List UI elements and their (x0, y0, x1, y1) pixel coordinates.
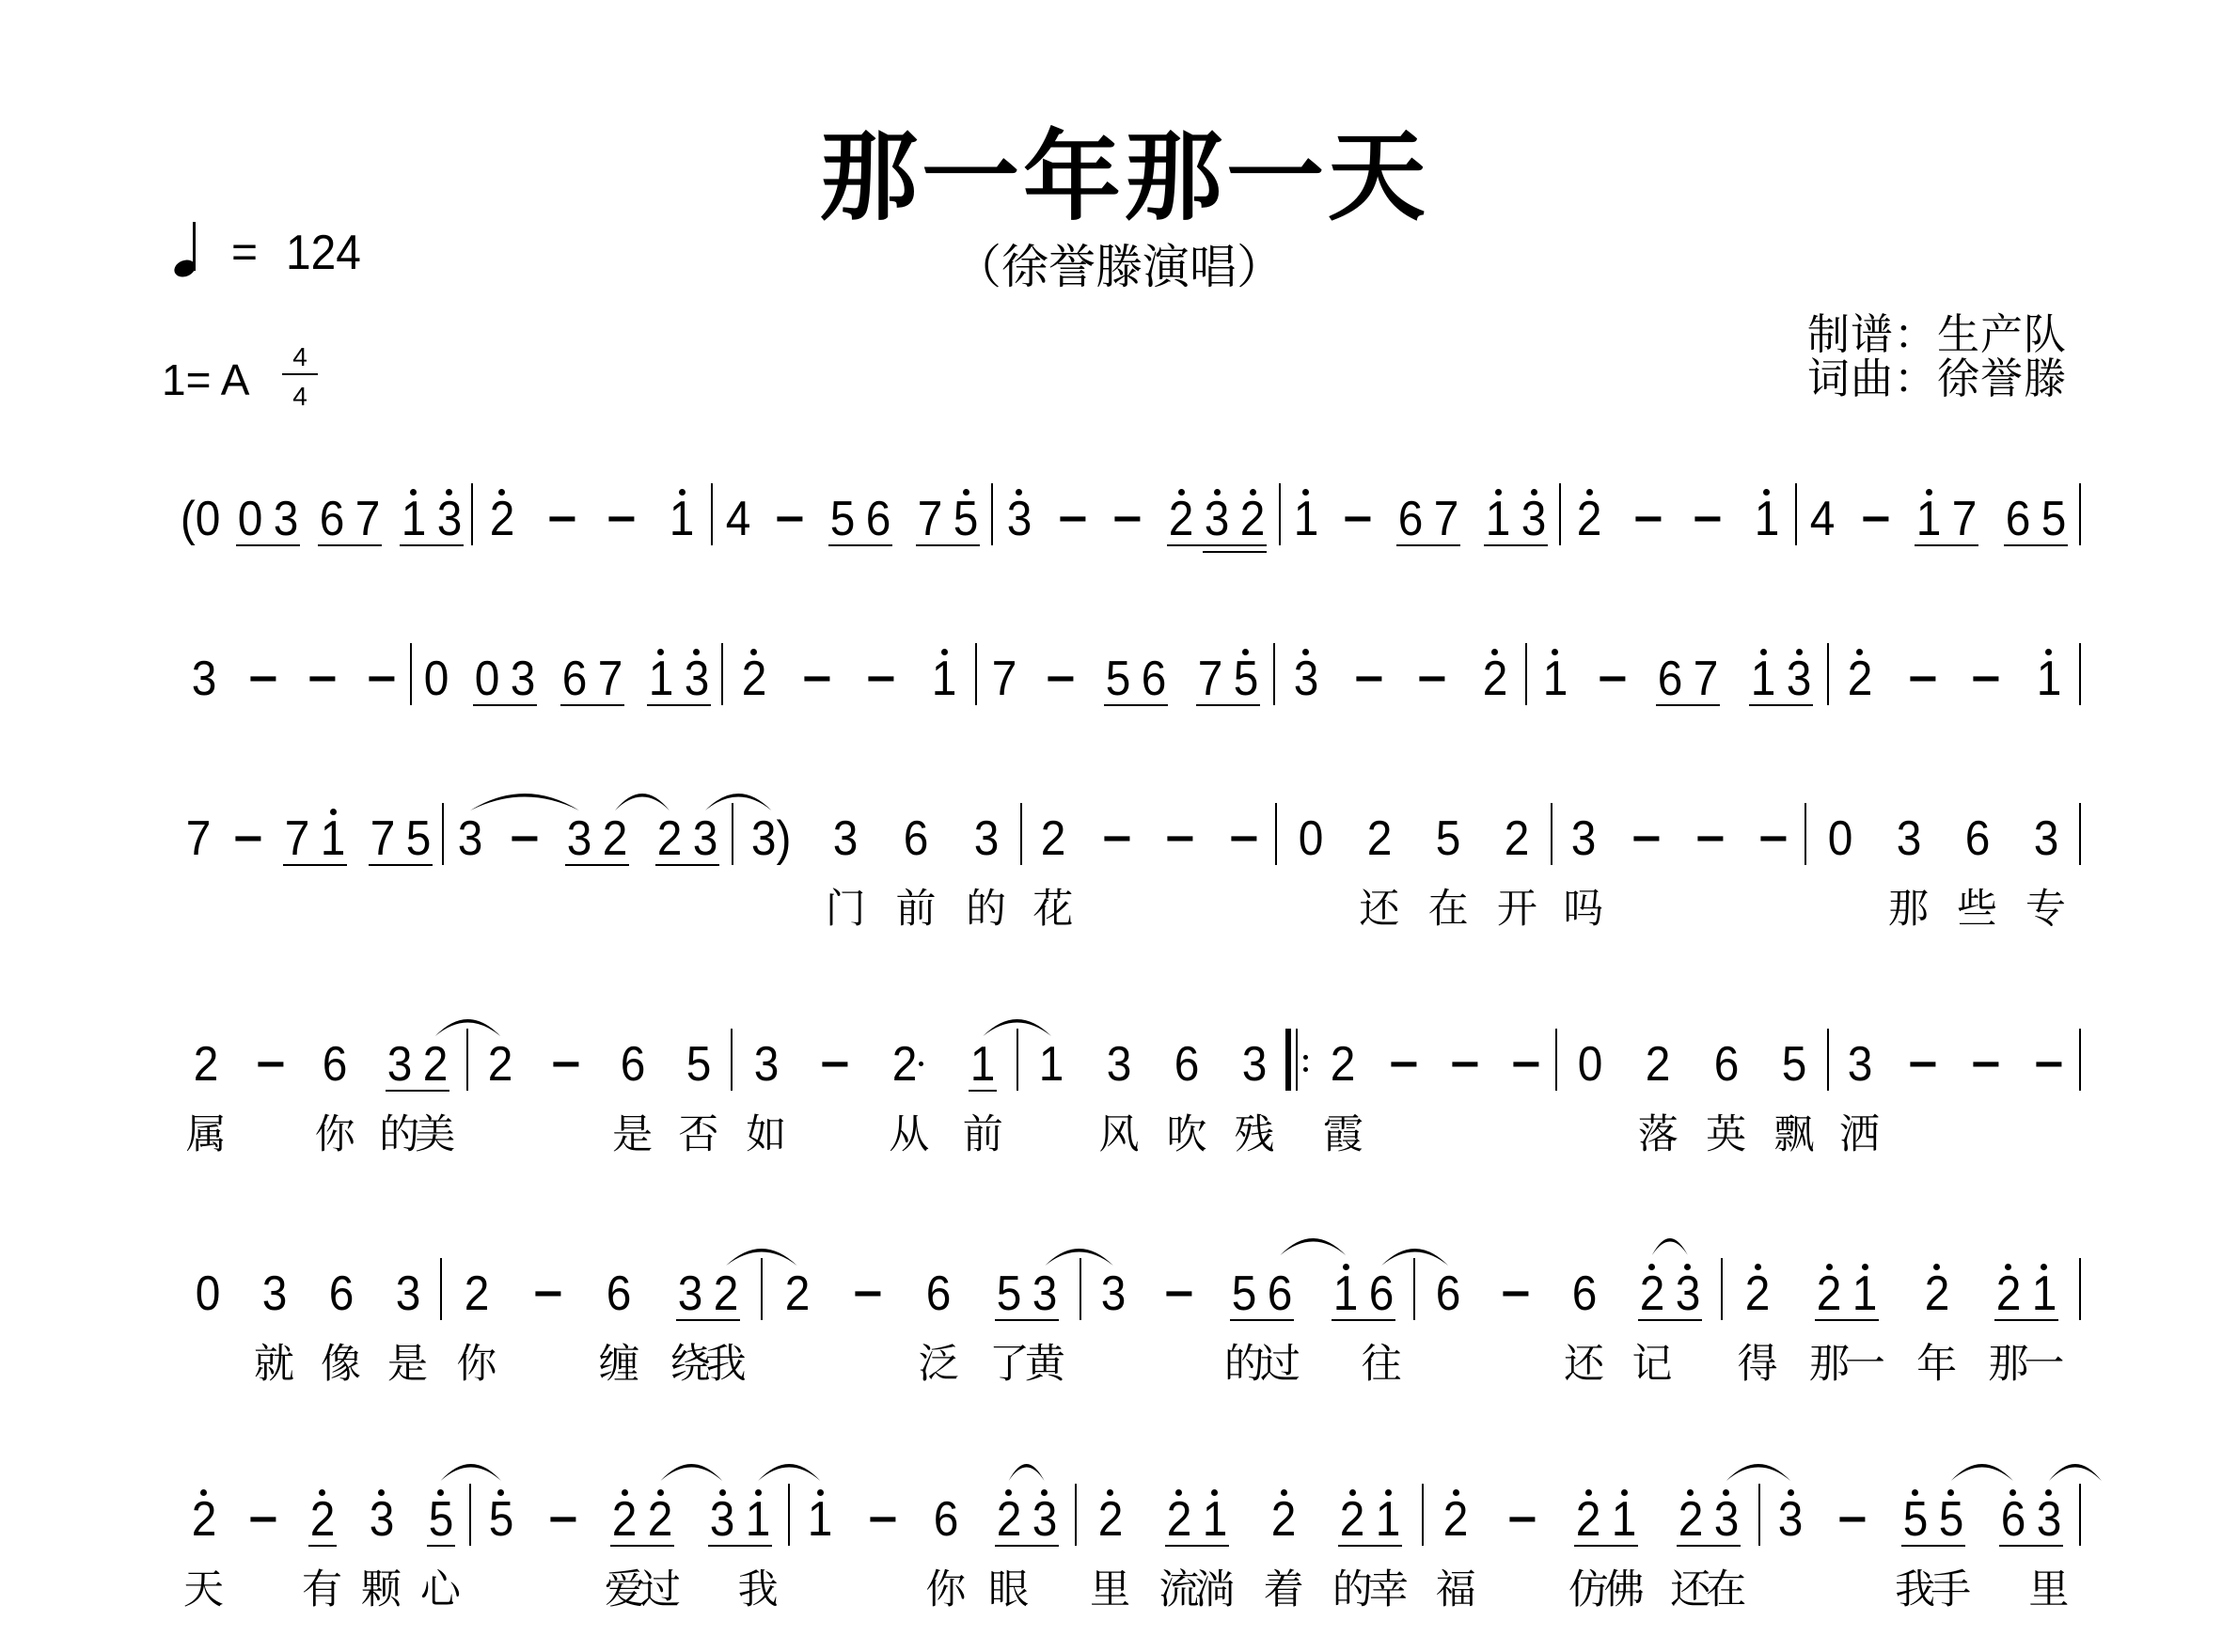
beat-group: 63里 (1995, 1482, 2067, 1613)
note: 1幸 (1370, 1482, 1406, 1613)
beat-group: – (305, 641, 340, 773)
beat-group: – (1447, 1027, 1483, 1158)
note: 3 (1027, 1482, 1063, 1613)
beat-group: – (1505, 1482, 1540, 1613)
note: 3的 (382, 1027, 418, 1158)
note: 2记 (1634, 1256, 1670, 1388)
sustain-beat: – (548, 1027, 584, 1158)
lyric-syllable: 还 (1564, 1343, 1604, 1386)
measure: 2霞––– (1313, 1027, 1556, 1158)
lyric-syllable: 你 (925, 1568, 966, 1612)
sustain-dash: – (1755, 811, 1792, 860)
measure: 2––1 (1560, 481, 1796, 613)
note: 1 (1480, 481, 1516, 613)
sustain-beat: – (1968, 1027, 2004, 1158)
note: 2霞 (1325, 1027, 1361, 1158)
lyric-syllable: 英 (1706, 1113, 1746, 1156)
sustain-dash: – (1857, 492, 1895, 541)
note-digit: 6 (1996, 1495, 2029, 1544)
measure: 2–6泛5了3黄 (762, 1256, 1080, 1388)
beat-group: 3) (749, 801, 793, 933)
note-digit: 1 (1198, 1495, 1231, 1544)
note: 6像 (323, 1256, 359, 1388)
beat-group: 1 (2031, 641, 2067, 773)
sustain-beat: – (1905, 1027, 1941, 1158)
note: 1 (664, 481, 700, 613)
note-digit: 6 (929, 1495, 962, 1544)
note: 2天 (186, 1482, 222, 1613)
measure: 2––1 (722, 641, 976, 773)
note: 1 (643, 641, 679, 773)
note-digit: 5 (993, 1269, 1026, 1318)
lyric-syllable: 专 (2025, 888, 2066, 931)
note-digit: 6 (1365, 1269, 1398, 1318)
beat-group: 1 (802, 1482, 838, 1613)
lyric-syllable: 过 (640, 1568, 681, 1612)
note-digit: 2 (992, 1495, 1025, 1544)
note: 5 (825, 481, 860, 613)
beat-group: – (253, 1027, 289, 1158)
lyric-syllable: 我 (1895, 1568, 1935, 1612)
note-digit: 2 (780, 1269, 813, 1318)
lyric-syllable: 着 (1264, 1568, 1304, 1612)
beat-group: 3专 (2028, 801, 2064, 933)
note: 3 (1781, 641, 1817, 773)
sustain-beat: – (1162, 801, 1198, 933)
note-digit: 2 (1237, 495, 1269, 543)
beat-group: – (1386, 1027, 1422, 1158)
note-digit: 2 (1572, 1495, 1605, 1544)
lyric-syllable: 的 (966, 888, 1006, 931)
note: 2仿 (1570, 1482, 1606, 1613)
lyric-syllable: 在 (1706, 1568, 1746, 1612)
note-digit: 6 (1171, 1040, 1204, 1089)
note-digit: 2 (1813, 1269, 1846, 1318)
sustain-beat: – (1690, 481, 1726, 613)
note-digit: 2 (460, 1269, 493, 1318)
beat-group: 67 (1393, 481, 1464, 613)
beat-group: – (1110, 481, 1145, 613)
note: 3 (432, 481, 467, 613)
sustain-dash: – (1497, 1267, 1535, 1315)
lyric-syllable: 从 (889, 1113, 929, 1156)
sustain-beat: – (245, 641, 281, 773)
beat-group: – (1340, 481, 1376, 613)
beat-group: 0 (1293, 801, 1329, 933)
note: 5了 (991, 1256, 1027, 1388)
note-digit: 3 (689, 814, 722, 863)
note-digit: 0 (1294, 814, 1327, 863)
lyric-syllable: 的 (1224, 1343, 1265, 1386)
note-digit: 0 (234, 495, 267, 543)
sustain-beat: – (1835, 1482, 1870, 1613)
beat-group: 2开 (1499, 801, 1535, 933)
lyric-syllable: 你 (315, 1113, 355, 1156)
note: 0 (469, 641, 505, 773)
beat-group: 1 (1033, 1027, 1069, 1158)
note: 3吗 (1566, 801, 1601, 933)
note: 2我 (708, 1256, 744, 1388)
note-digit: 2 (418, 1040, 451, 1089)
note-digit: 1 (2027, 1269, 2060, 1318)
beat-group: 3是 (390, 1256, 426, 1388)
sustain-dash: – (1507, 1037, 1545, 1086)
measure: 5–2爱2过31我 (470, 1482, 789, 1613)
note: 6前 (898, 801, 934, 933)
beat-group: 56 (825, 481, 896, 613)
note-digit: 3 (2029, 814, 2062, 863)
note-digit: 3 (1028, 1495, 1061, 1544)
note: 1 (926, 641, 962, 773)
measure: 1–6你2眼3 (789, 1482, 1076, 1613)
beat-group: (0 (179, 481, 222, 613)
score-row: 2属–6你3的2美2–6是5否3如–2从1前13风6吹3残2霞–––02落6英5… (0, 1027, 2238, 1158)
measure: 3洒––– (1828, 1027, 2080, 1158)
note-digit: 1 (1330, 1269, 1363, 1318)
note-digit: 7 (988, 654, 1021, 703)
note: 2得 (1740, 1256, 1775, 1388)
note: 7 (350, 481, 386, 613)
note: 3绕 (672, 1256, 708, 1388)
sustain-dash: – (1904, 652, 1942, 700)
note: 0 (232, 481, 268, 613)
sustain-dash: – (849, 1267, 887, 1315)
measure: 03就6像3是 (174, 1256, 441, 1388)
note-digit: 3 (829, 814, 862, 863)
note-digit: 1 (967, 1040, 1000, 1089)
sustain-beat: – (1161, 1256, 1197, 1388)
note: 6泛 (921, 1256, 956, 1388)
beat-group: 2 (1571, 481, 1607, 613)
note: 3 (561, 801, 597, 933)
measure: 4–5675 (712, 481, 992, 613)
beat-group: 03 (232, 481, 304, 613)
note-digit: 2 (1327, 1040, 1360, 1089)
note: 2里 (1093, 1482, 1128, 1613)
measure: 3–5的6过16往 (1080, 1256, 1414, 1388)
lyric-syllable: 吹 (1167, 1113, 1207, 1156)
lyric-syllable: 年 (1916, 1343, 1957, 1386)
note: 6些 (1960, 801, 1995, 933)
beat-group: – (1162, 801, 1198, 933)
note-digit: 7 (914, 495, 947, 543)
beat-group: 3绕2我 (672, 1256, 744, 1388)
sustain-beat: – (1340, 481, 1376, 613)
beat-group: – (507, 801, 543, 933)
beat-group: 3洒 (1842, 1027, 1878, 1158)
note: 1 (1288, 481, 1324, 613)
lyric-syllable: 有 (302, 1568, 342, 1612)
note: 1 (1537, 641, 1573, 773)
beat-group: 4 (720, 481, 756, 613)
beat-group: 3 (1773, 1482, 1808, 1613)
note-digit: 3 (1096, 1269, 1129, 1318)
note: 5我 (1898, 1482, 1933, 1613)
note: 1淌 (1197, 1482, 1233, 1613)
measure: 2福–2仿1佛2还3在 (1423, 1482, 1759, 1613)
beat-group: 5 (483, 1482, 519, 1613)
sustain-dash: – (304, 652, 341, 700)
lyric-syllable: 我 (738, 1568, 779, 1612)
measure: 2属–6你3的2美 (174, 1027, 467, 1158)
lyric-syllable: 里 (1090, 1568, 1130, 1612)
note: 6 (314, 481, 350, 613)
beat-group: 2那1一 (1991, 1256, 2062, 1388)
measure: 2你–6缠3绕2我 (441, 1256, 762, 1388)
lyric-syllable: 那 (1809, 1343, 1850, 1386)
note: 2还 (1362, 801, 1397, 933)
sustain-beat: – (1595, 641, 1631, 773)
beat-group: 0 (1572, 1027, 1608, 1158)
note-digit: 1 (1747, 654, 1780, 703)
sustain-dash: – (2030, 1037, 2068, 1086)
sustain-dash: – (603, 492, 640, 541)
note: 6还 (1567, 1256, 1602, 1388)
sustain-beat: – (1055, 481, 1091, 613)
sustain-dash: – (816, 1037, 854, 1086)
lyric-syllable: 那 (1988, 1343, 2028, 1386)
note-digit: (0 (181, 495, 221, 543)
lyric-syllable: 我 (706, 1343, 747, 1386)
note: 6你 (317, 1027, 353, 1158)
lyric-syllable: 美 (415, 1113, 455, 1156)
note-digit: 2 (1573, 495, 1606, 543)
note-digit: 3 (1289, 654, 1322, 703)
note-digit: 1 (317, 814, 350, 863)
note-digit: 6 (558, 654, 591, 703)
note: 3) (749, 801, 793, 933)
beat-group: 2还 (1362, 801, 1397, 933)
beat-group: 5飘 (1776, 1027, 1812, 1158)
note: 2流 (1161, 1482, 1197, 1613)
note-digit: 3 (969, 814, 1002, 863)
sustain-dash: – (363, 652, 401, 700)
sustain-dash: – (1339, 492, 1377, 541)
beat-group: 3颗 (364, 1482, 400, 1613)
beat-group: 2 (736, 641, 772, 773)
note-digit: 1 (928, 654, 961, 703)
note-digit: 2 (1162, 1495, 1195, 1544)
measure: 03那6些3专 (1805, 801, 2080, 933)
note-digit: 1 (1608, 1495, 1641, 1544)
note: 5的 (1226, 1256, 1262, 1388)
beat-group: 6你 (928, 1482, 964, 1613)
beat-group: 6还 (1567, 1256, 1602, 1388)
beat-group: 2流1淌 (1161, 1482, 1233, 1613)
measure: 1–6713 (1526, 641, 1828, 773)
beat-group: 2霞 (1325, 1027, 1361, 1158)
score-row: 7–71753–32233)3门6前3的2花–––02还5在2开3吗–––03那… (0, 801, 2238, 933)
note: 7 (912, 481, 948, 613)
beat-group: 232 (1163, 481, 1270, 613)
note: 3在 (1709, 1482, 1744, 1613)
measure: 2––1 (1828, 641, 2080, 773)
lyric-syllable: 天 (183, 1568, 224, 1612)
note-digit: 6 (899, 814, 932, 863)
beat-group: 2属 (188, 1027, 224, 1158)
beat-group: – (545, 1482, 581, 1613)
note: 6是 (615, 1027, 651, 1158)
lyric-syllable: 记 (1631, 1343, 1672, 1386)
sustain-dash: – (244, 652, 282, 700)
note: 3 (1773, 1482, 1808, 1613)
beat-group: 2从 (887, 1027, 932, 1158)
note-digit: 2 (654, 814, 686, 863)
note: 3 (1516, 481, 1552, 613)
note: 5 (1100, 641, 1136, 773)
beat-group: 3 (1288, 641, 1324, 773)
note: 2 (652, 801, 687, 933)
note: 6过 (1262, 1256, 1298, 1388)
sustain-dash: – (1109, 492, 1146, 541)
note-digit: 2 (190, 1040, 223, 1089)
note-digit: 6 (861, 495, 894, 543)
beat-group: 6前 (898, 801, 934, 933)
sustain-beat: – (799, 641, 835, 773)
beat-group: 31我 (704, 1482, 776, 1613)
beat-group: – (1099, 801, 1135, 933)
measure: 3如–2从1前 (732, 1027, 1017, 1158)
note-digit: 1 (1289, 495, 1322, 543)
sustain-dash: – (1042, 652, 1080, 700)
sustain-beat: – (545, 1482, 581, 1613)
note-digit: 4 (721, 495, 754, 543)
measure: 3––2 (1274, 641, 1526, 773)
beat-group: – (230, 801, 266, 933)
beat-group: – (865, 1482, 901, 1613)
sustain-beat: – (863, 641, 899, 773)
beat-group: – (245, 641, 281, 773)
beat-group: – (1858, 481, 1894, 613)
note-digit: 5 (2037, 495, 2070, 543)
beat-group: 2眼3 (991, 1482, 1063, 1613)
note: 6缠 (601, 1256, 637, 1388)
beat-group: – (1690, 481, 1726, 613)
note: 2爱 (607, 1482, 642, 1613)
note: 2有 (305, 1482, 340, 1613)
sustain-beat: – (1629, 801, 1664, 933)
note-digit: 2 (1268, 1495, 1300, 1544)
note-digit: 7 (1690, 654, 1723, 703)
beat-group: – (1595, 641, 1631, 773)
note: 3如 (749, 1027, 784, 1158)
note-digit: 7 (281, 814, 314, 863)
note: 3黄 (1027, 1256, 1063, 1388)
note: 0 (1822, 801, 1858, 933)
beat-group: – (817, 1027, 853, 1158)
beat-group: 13 (1480, 481, 1552, 613)
beat-group: 2落 (1640, 1027, 1676, 1158)
note-digit: 1 (1372, 1495, 1405, 1544)
sustain-dash: – (1446, 1037, 1484, 1086)
note-digit: 1 (1035, 1040, 1068, 1089)
sustain-beat: – (604, 481, 639, 613)
note-digit: 6 (315, 495, 348, 543)
lyric-syllable: 里 (2028, 1568, 2069, 1612)
beat-group: 16往 (1328, 1256, 1399, 1388)
note-digit: 7 (351, 495, 384, 543)
beat-group: – (1351, 641, 1387, 773)
lyric-syllable: 些 (1957, 888, 1997, 931)
sustain-beat: – (865, 1482, 901, 1613)
note: 5手 (1933, 1482, 1969, 1613)
note-digit: 5 (1934, 1495, 1967, 1544)
beat-group: – (1629, 801, 1664, 933)
note-digit: 2 (1635, 1269, 1668, 1318)
note-digit: 6 (324, 1269, 357, 1318)
beat-group: 7 (181, 801, 216, 933)
beat-group: 3的2美 (382, 1027, 453, 1158)
sustain-dash: – (1385, 1037, 1423, 1086)
measure: 02落6英5飘 (1556, 1027, 1828, 1158)
measure: 2花––– (1021, 801, 1276, 933)
sustain-dash: – (1225, 811, 1263, 860)
note-digit: 3 (749, 1040, 782, 1089)
note-digit: 3 (1843, 1040, 1876, 1089)
beat-group: 2 (780, 1256, 815, 1388)
measure: 02还5在2开 (1276, 801, 1552, 933)
note: 1 (1749, 481, 1785, 613)
lyric-syllable: 属 (186, 1113, 227, 1156)
beat-group: 2那1一 (1811, 1256, 1883, 1388)
beat-group: – (1905, 641, 1941, 773)
sustain-dash: – (1160, 1267, 1198, 1315)
note-digit: 5 (950, 495, 983, 543)
beat-group: 6像 (323, 1256, 359, 1388)
sheet-music-page: 那一年那一天 （徐誉滕演唱） = 124 1= A 4 4 制谱：生产队 词曲：… (0, 0, 2238, 1652)
note: 6往 (1363, 1256, 1399, 1388)
note: 2 (484, 481, 520, 613)
lyric-syllable: 心 (420, 1568, 461, 1612)
lyric-syllable: 仿 (1568, 1568, 1609, 1612)
sustain-beat: – (1386, 1027, 1422, 1158)
lyric-syllable: 眼 (988, 1568, 1029, 1612)
beat-group: 2你 (459, 1256, 495, 1388)
beat-group: 1 (1288, 481, 1324, 613)
note-digit: 7 (182, 814, 215, 863)
note: 7 (1688, 641, 1724, 773)
beat-group: 1前 (965, 1027, 1001, 1158)
lyric-syllable: 门 (826, 888, 866, 931)
sustain-beat: – (305, 641, 340, 773)
sustain-beat: – (2031, 1027, 2067, 1158)
measure: 7–7175 (174, 801, 443, 933)
measure: 1–6713 (1280, 481, 1560, 613)
note-digit: 5 (402, 814, 434, 863)
note: 1 (2031, 641, 2067, 773)
note: 6 (860, 481, 896, 613)
note-digit: 1 (397, 495, 430, 543)
lyric-syllable: 在 (1428, 888, 1469, 931)
lyric-syllable: 黄 (1025, 1343, 1065, 1386)
sustain-dash: – (1689, 492, 1726, 541)
sustain-beat: – (1756, 801, 1791, 933)
note-digit: 1 (804, 1495, 837, 1544)
lyric-syllable: 爱 (605, 1568, 645, 1612)
beat-group: – (604, 481, 639, 613)
sustain-dash: – (1692, 811, 1729, 860)
note-digit: 0 (471, 654, 504, 703)
beat-group: 0 (418, 641, 454, 773)
note: 2眼 (991, 1482, 1027, 1613)
measure: 2里2流1淌2着2的1幸 (1076, 1482, 1423, 1613)
beat-group: 3风 (1101, 1027, 1137, 1158)
note: 5 (948, 481, 984, 613)
beat-group: 2 (484, 481, 520, 613)
beat-group: 2爱2过 (607, 1482, 678, 1613)
note-digit: 2 (1742, 1269, 1774, 1318)
note-digit: 2 (1478, 654, 1511, 703)
